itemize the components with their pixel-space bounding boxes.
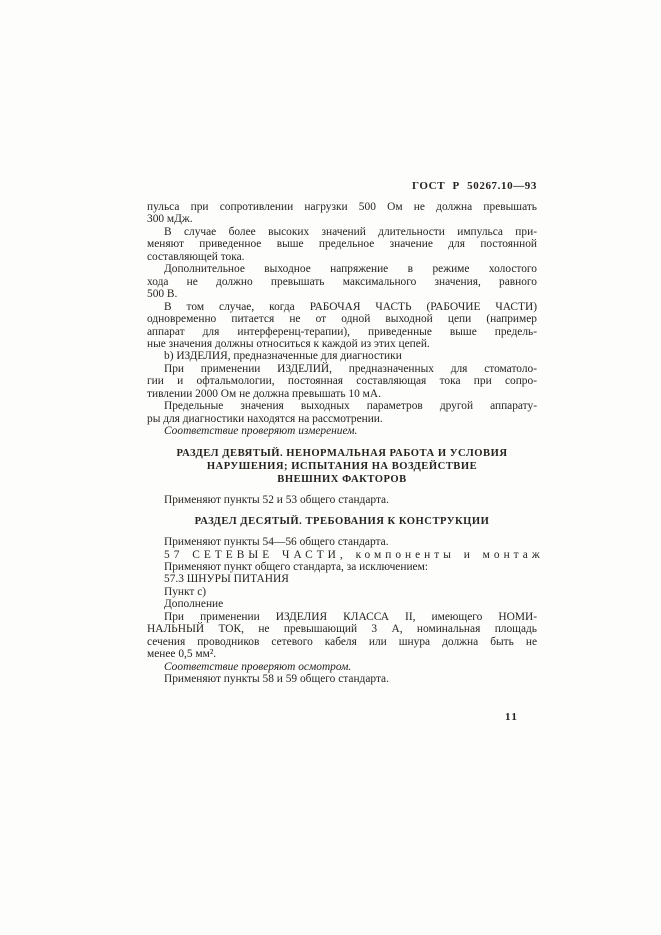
text-line: менее 0,5 мм². xyxy=(147,648,537,660)
page-number: 11 xyxy=(505,711,518,723)
text-line: При применении ИЗДЕЛИЙ, предназначенных … xyxy=(147,363,537,375)
section-heading: РАЗДЕЛ ДЕСЯТЫЙ. ТРЕБОВАНИЯ К КОНСТРУКЦИИ xyxy=(147,515,537,528)
text-line: меняют приведенное выше предельное значе… xyxy=(147,238,537,250)
text-line: При применении ИЗДЕЛИЯ КЛАССА II, имеюще… xyxy=(147,611,537,623)
text-content: пульса при сопротивлении нагрузки 500 Ом… xyxy=(147,201,537,686)
text-line: НАРУШЕНИЯ; ИСПЫТАНИЯ НА ВОЗДЕЙСТВИЕ xyxy=(147,460,537,473)
text-line: 300 мДж. xyxy=(147,213,537,225)
section-heading: РАЗДЕЛ ДЕВЯТЫЙ. НЕНОРМАЛЬНАЯ РАБОТА И УС… xyxy=(147,447,537,486)
text-line: ВНЕШНИХ ФАКТОРОВ xyxy=(147,473,537,486)
text-line: Применяют пункты 54—56 общего стандарта. xyxy=(147,536,537,548)
text-line: Дополнительное выходное напряжение в реж… xyxy=(147,263,537,275)
paragraph: 57.3 ШНУРЫ ПИТАНИЯ xyxy=(147,573,537,585)
text-line: РАЗДЕЛ ДЕВЯТЫЙ. НЕНОРМАЛЬНАЯ РАБОТА И УС… xyxy=(147,447,537,460)
text-line: РАЗДЕЛ ДЕСЯТЫЙ. ТРЕБОВАНИЯ К КОНСТРУКЦИИ xyxy=(147,515,537,528)
text-line: В случае более высоких значений длительн… xyxy=(147,226,537,238)
text-line: ры для диагностики находятся на рассмотр… xyxy=(147,413,537,425)
text-line: аппарат для интерференц-терапии), привед… xyxy=(147,326,537,338)
paragraph: Пункт c) xyxy=(147,586,537,598)
paragraph: В том случае, когда РАБОЧАЯ ЧАСТЬ (РАБОЧ… xyxy=(147,301,537,351)
paragraph: При применении ИЗДЕЛИЙ, предназначенных … xyxy=(147,363,537,400)
running-header: ГОСТ Р 50267.10—93 xyxy=(147,180,537,192)
text-line: гии и офтальмологии, постоянная составля… xyxy=(147,375,537,387)
paragraph: Соответствие проверяют осмотром. xyxy=(147,661,537,673)
text-line: пульса при сопротивлении нагрузки 500 Ом… xyxy=(147,201,537,213)
text-line: хода не должно превышать максимального з… xyxy=(147,276,537,288)
paragraph: b) ИЗДЕЛИЯ, предназначенные для диагност… xyxy=(147,350,537,362)
text-line: Пункт c) xyxy=(147,586,537,598)
text-line: Соответствие проверяют осмотром. xyxy=(147,661,537,673)
paragraph: Применяют пункт общего стандарта, за иск… xyxy=(147,561,537,573)
paragraph: Соответствие проверяют измерением. xyxy=(147,425,537,437)
text-line: 500 В. xyxy=(147,288,537,300)
text-line: 57 СЕТЕВЫЕ ЧАСТИ, компоненты и монтаж xyxy=(147,549,537,561)
text-line: Дополнение xyxy=(147,598,537,610)
text-line: Применяют пункты 58 и 59 общего стандарт… xyxy=(147,673,537,685)
text-line: Применяют пункт общего стандарта, за иск… xyxy=(147,561,537,573)
paragraph: Дополнительное выходное напряжение в реж… xyxy=(147,263,537,300)
text-line: сечения проводников сетевого кабеля или … xyxy=(147,636,537,648)
paragraph: 57 СЕТЕВЫЕ ЧАСТИ, компоненты и монтаж xyxy=(147,549,537,561)
text-line: Соответствие проверяют измерением. xyxy=(147,425,537,437)
text-line: составляющей тока. xyxy=(147,251,537,263)
paragraph: Дополнение xyxy=(147,598,537,610)
paragraph: В случае более высоких значений длительн… xyxy=(147,226,537,263)
text-line: В том случае, когда РАБОЧАЯ ЧАСТЬ (РАБОЧ… xyxy=(147,301,537,313)
text-line: ные значения должны относиться к каждой … xyxy=(147,338,537,350)
text-line: НАЛЬНЫЙ ТОК, не превышающий 3 А, номинал… xyxy=(147,623,537,635)
text-line: тивлении 2000 Ом не должна превышать 10 … xyxy=(147,388,537,400)
document-page: ГОСТ Р 50267.10—93 пульса при сопротивле… xyxy=(0,0,661,935)
paragraph: пульса при сопротивлении нагрузки 500 Ом… xyxy=(147,201,537,226)
text-line: Применяют пункты 52 и 53 общего стандарт… xyxy=(147,494,537,506)
text-line: b) ИЗДЕЛИЯ, предназначенные для диагност… xyxy=(147,350,537,362)
paragraph: При применении ИЗДЕЛИЯ КЛАССА II, имеюще… xyxy=(147,611,537,661)
paragraph: Применяют пункты 54—56 общего стандарта. xyxy=(147,536,537,548)
paragraph: Предельные значения выходных параметров … xyxy=(147,400,537,425)
text-line: Предельные значения выходных параметров … xyxy=(147,400,537,412)
text-line: одновременно питается не от одной выходн… xyxy=(147,313,537,325)
paragraph: Применяют пункты 52 и 53 общего стандарт… xyxy=(147,494,537,506)
text-line: 57.3 ШНУРЫ ПИТАНИЯ xyxy=(147,573,537,585)
paragraph: Применяют пункты 58 и 59 общего стандарт… xyxy=(147,673,537,685)
